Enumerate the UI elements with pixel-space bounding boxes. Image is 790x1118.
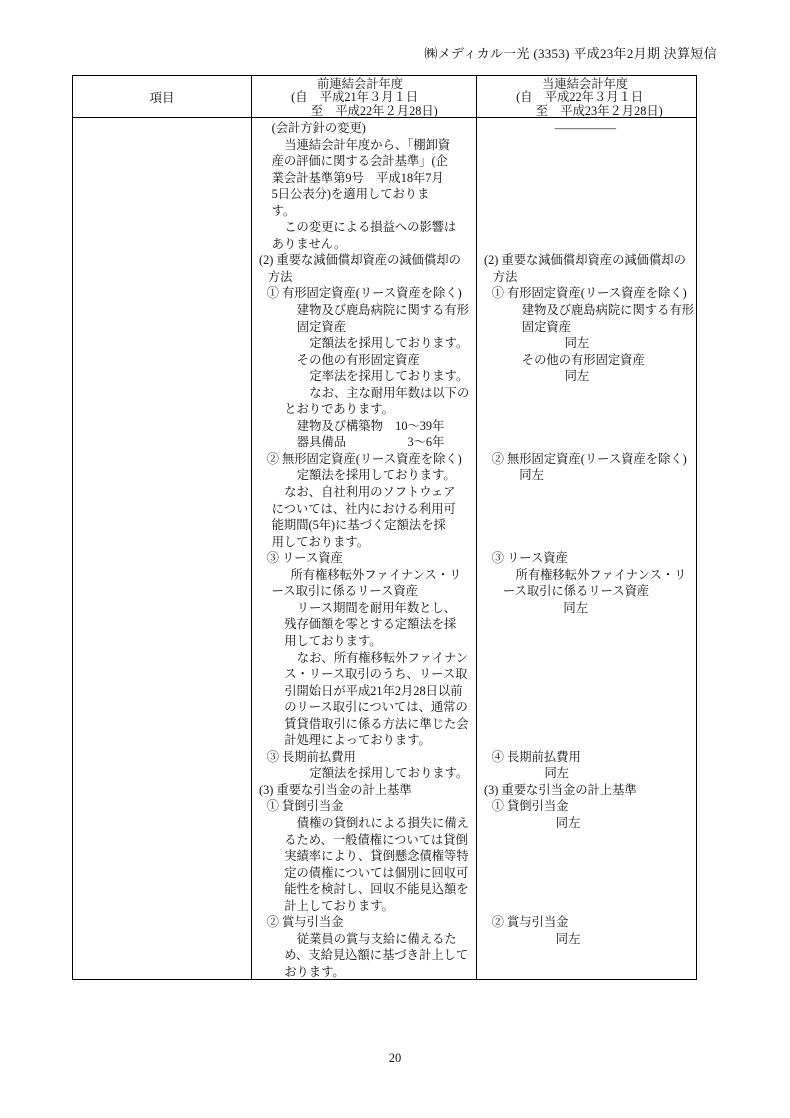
text-line: 同左 <box>484 765 696 782</box>
text-line: 産の評価に関する会計基準」(企 <box>259 153 476 170</box>
text-line: ース取引に係るリース資産 <box>484 583 696 600</box>
text-line <box>484 137 696 154</box>
text-line: ありません。 <box>259 236 476 253</box>
text-line: 器具備品 3〜6年 <box>259 434 476 451</box>
text-line <box>484 732 696 749</box>
text-line: については、社内における利用可 <box>259 501 476 518</box>
text-line: 同左 <box>484 815 696 832</box>
text-line: 当連結会計年度から、「棚卸資 <box>259 137 476 154</box>
table-header-row: 項目 前連結会計年度(自 平成21年３月１日至 平成22年２月28日) 当連結会… <box>73 76 696 118</box>
text-line: 建物及び鹿島病院に関する有形 <box>484 302 696 319</box>
text-line: ② 無形固定資産(リース資産を除く) <box>259 451 476 468</box>
text-line: リース期間を耐用年数とし、 <box>259 600 476 617</box>
text-line <box>484 401 696 418</box>
text-line: (2) 重要な減価償却資産の減価償却の <box>259 252 476 269</box>
text-line: この変更による損益への影響は <box>259 219 476 236</box>
item-cell-empty <box>73 118 252 979</box>
text-line <box>484 865 696 882</box>
text-line: ① 貸倒引当金 <box>484 798 696 815</box>
text-line: 能期間(5年)に基づく定額法を採 <box>259 517 476 534</box>
text-line: ① 有形固定資産(リース資産を除く) <box>259 285 476 302</box>
text-line <box>484 666 696 683</box>
prev-period-notes-cell: (会計方針の変更)当連結会計年度から、「棚卸資産の評価に関する会計基準」(企業会… <box>252 118 477 979</box>
text-line: (自 平成22年３月１日 <box>484 91 696 104</box>
text-line <box>484 170 696 187</box>
text-line: 至 平成23年２月28日) <box>484 105 696 117</box>
text-line <box>484 881 696 898</box>
text-line: ① 有形固定資産(リース資産を除く) <box>484 285 696 302</box>
text-line: ③ 長期前払費用 <box>259 749 476 766</box>
text-line: 所有権移転外ファイナンス・リ <box>484 567 696 584</box>
accounting-notes-table: 項目 前連結会計年度(自 平成21年３月１日至 平成22年２月28日) 当連結会… <box>72 75 697 980</box>
text-line: 方法 <box>259 269 476 286</box>
text-line <box>484 716 696 733</box>
text-line <box>484 517 696 534</box>
text-line: ② 無形固定資産(リース資産を除く) <box>484 451 696 468</box>
text-line <box>484 534 696 551</box>
text-line: 定額法を採用しております。 <box>259 467 476 484</box>
text-line: 同左 <box>484 931 696 948</box>
text-line <box>484 484 696 501</box>
text-line <box>484 832 696 849</box>
text-line: なお、主な耐用年数は以下の <box>259 385 476 402</box>
text-line: 定額法を採用しております。 <box>259 765 476 782</box>
text-line: 計上しております。 <box>259 898 476 915</box>
text-line <box>484 434 696 451</box>
text-line <box>484 418 696 435</box>
text-line: ④ 長期前払費用 <box>484 749 696 766</box>
text-line: おります。 <box>259 964 476 979</box>
text-line <box>484 898 696 915</box>
text-line: るため、一般債権については貸倒 <box>259 832 476 849</box>
document-page: ㈱メディカル一光 (3353) 平成23年2月期 決算短信 項目 前連結会計年度… <box>0 0 790 1118</box>
text-line <box>484 616 696 633</box>
text-line: 能性を検討し、回収不能見込額を <box>259 881 476 898</box>
text-line: とおりであります。 <box>259 401 476 418</box>
text-line <box>484 236 696 253</box>
text-line <box>484 153 696 170</box>
text-line <box>484 699 696 716</box>
text-line: (自 平成21年３月１日 <box>259 91 476 104</box>
text-line: ス・リース取引のうち、リース取 <box>259 666 476 683</box>
text-line <box>484 203 696 220</box>
text-line: 残存価額を零とする定額法を採 <box>259 616 476 633</box>
text-line: (3) 重要な引当金の計上基準 <box>484 782 696 799</box>
text-line <box>484 633 696 650</box>
text-line: ――――― <box>484 120 696 137</box>
text-line: す。 <box>259 203 476 220</box>
text-line: ③ リース資産 <box>259 550 476 567</box>
doc-title: ㈱メディカル一光 (3353) 平成23年2月期 決算短信 <box>424 43 717 62</box>
text-line: ース取引に係るリース資産 <box>259 583 476 600</box>
current-period-notes-cell: ――――― (2) 重要な減価償却資産の減価償却の方法① 有形固定資産(リース資… <box>477 118 696 979</box>
text-line: ② 賞与引当金 <box>259 914 476 931</box>
text-line: 所有権移転外ファイナンス・リ <box>259 567 476 584</box>
text-line: 定の債権については個別に回収可 <box>259 865 476 882</box>
text-line: なお、所有権移転外ファイナン <box>259 650 476 667</box>
text-line: その他の有形固定資産 <box>259 352 476 369</box>
text-line: 同左 <box>484 368 696 385</box>
text-line: 同左 <box>484 600 696 617</box>
text-line: 定額法を採用しております。 <box>259 335 476 352</box>
text-line: 同左 <box>484 335 696 352</box>
text-line: 方法 <box>484 269 696 286</box>
text-line: ③ リース資産 <box>484 550 696 567</box>
text-line: なお、自社利用のソフトウェア <box>259 484 476 501</box>
text-line: 定率法を採用しております。 <box>259 368 476 385</box>
text-line: 建物及び鹿島病院に関する有形 <box>259 302 476 319</box>
text-line: 業会計基準第9号 平成18年7月 <box>259 170 476 187</box>
page-number: 20 <box>0 1051 790 1066</box>
text-line: 至 平成22年２月28日) <box>259 105 476 117</box>
text-line <box>484 964 696 979</box>
text-line: 従業員の賞与支給に備えるた <box>259 931 476 948</box>
text-line: 債権の貸倒れによる損失に備え <box>259 815 476 832</box>
text-line: め、支給見込額に基づき計上して <box>259 947 476 964</box>
text-line: 建物及び構築物 10〜39年 <box>259 418 476 435</box>
text-line: (3) 重要な引当金の計上基準 <box>259 782 476 799</box>
header-cell-current-period: 当連結会計年度(自 平成22年３月１日至 平成23年２月28日) <box>477 76 696 117</box>
text-line: 5日公表分)を適用しておりま <box>259 186 476 203</box>
text-line: 固定資産 <box>259 319 476 336</box>
text-line: 固定資産 <box>484 319 696 336</box>
text-line: (会計方針の変更) <box>259 120 476 137</box>
text-line <box>484 947 696 964</box>
text-line: 用しております。 <box>259 633 476 650</box>
table-body-row: (会計方針の変更)当連結会計年度から、「棚卸資産の評価に関する会計基準」(企業会… <box>73 118 696 979</box>
text-line <box>484 186 696 203</box>
text-line: ② 賞与引当金 <box>484 914 696 931</box>
header-cell-prev-period: 前連結会計年度(自 平成21年３月１日至 平成22年２月28日) <box>252 76 477 117</box>
text-line <box>484 385 696 402</box>
text-line: 賃貸借取引に係る方法に準じた会 <box>259 716 476 733</box>
text-line <box>484 848 696 865</box>
text-line: 同左 <box>484 467 696 484</box>
text-line: のリース取引については、通常の <box>259 699 476 716</box>
text-line <box>484 501 696 518</box>
text-line <box>484 650 696 667</box>
text-line: 用しております。 <box>259 534 476 551</box>
text-line: 実績率により、貸倒懸念債権等特 <box>259 848 476 865</box>
text-line: (2) 重要な減価償却資産の減価償却の <box>484 252 696 269</box>
text-line: ① 貸倒引当金 <box>259 798 476 815</box>
header-cell-item: 項目 <box>73 76 252 117</box>
text-line: その他の有形固定資産 <box>484 352 696 369</box>
text-line <box>484 683 696 700</box>
text-line: 計処理によっております。 <box>259 732 476 749</box>
text-line: 引開始日が平成21年2月28日以前 <box>259 683 476 700</box>
text-line <box>484 219 696 236</box>
